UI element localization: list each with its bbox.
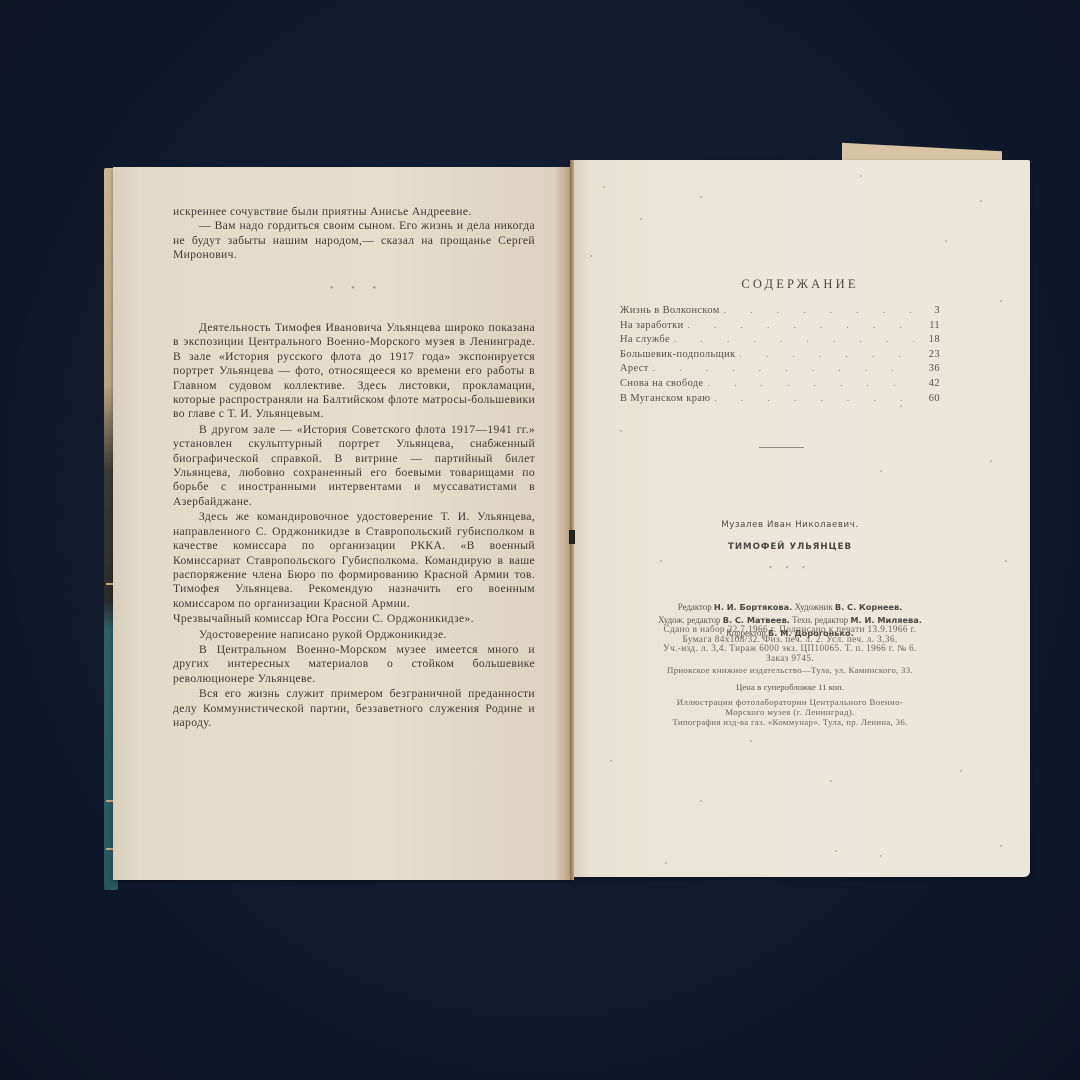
paragraph: — Вам надо гордиться своим сыном. Его жи… <box>173 219 535 262</box>
left-page-main-text: Деятельность Тимофея Ивановича Ульянцева… <box>173 321 535 731</box>
printer: Типография изд-ва газ. «Коммунар». Тула,… <box>600 717 980 727</box>
toc-item-title: На службе <box>620 334 674 345</box>
toc-item-page: 18 <box>918 334 940 345</box>
toc-heading: СОДЕРЖАНИЕ <box>600 277 1000 292</box>
section-separator: * * * <box>330 285 384 293</box>
toc-leader: . . . . . . . . . . . . . . . . . . . . <box>674 334 918 344</box>
author-name: Музалев Иван Николаевич. <box>600 520 980 530</box>
paragraph: Чрезвычайный комиссар Юга России С. Ордж… <box>173 612 535 626</box>
toc-item-title: Большевик-подпольщик <box>620 349 739 360</box>
toc-item-page: 36 <box>918 363 940 374</box>
price: Цена в суперобложке 11 коп. <box>600 682 980 692</box>
artist-name: В. С. Корнеев. <box>835 602 902 612</box>
illustrations-line: Иллюстрации фотолаборатории Центрального… <box>600 697 980 707</box>
book-title: ТИМОФЕЙ УЛЬЯНЦЕВ <box>600 542 980 552</box>
open-book: искреннее сочувствие были приятны Анисье… <box>0 0 1080 1080</box>
publication-info: Сдано в набор 22.7.1966 г. Подписано к п… <box>600 625 980 663</box>
toc-item: В Муганском краю . . . . . . . . . . . .… <box>620 393 940 408</box>
paragraph: В другом зале — «История Советского флот… <box>173 423 535 509</box>
editor-label: Редактор <box>678 602 712 612</box>
toc-item: Арест . . . . . . . . . . . . . . . . . … <box>620 363 940 378</box>
pubinfo-line: Заказ 9745. <box>600 654 980 664</box>
section-separator: * * * <box>600 566 980 572</box>
toc-item: Большевик-подпольщик . . . . . . . . . .… <box>620 349 940 364</box>
editor-name: Н. И. Бортякова. <box>714 602 792 612</box>
illustrations-credit: Иллюстрации фотолаборатории Центрального… <box>600 697 980 717</box>
divider-rule <box>759 447 804 448</box>
paragraph: Здесь же командировочное удостоверение Т… <box>173 510 535 611</box>
toc-leader: . . . . . . . . . . . . . . . . . . . . <box>739 349 918 359</box>
toc-item-title: В Муганском краю <box>620 393 714 404</box>
toc-item: Снова на свободе . . . . . . . . . . . .… <box>620 378 940 393</box>
toc-item-title: Арест <box>620 363 653 374</box>
toc-leader: . . . . . . . . . . . . . . . . . . . . <box>714 393 918 403</box>
toc-item-title: Жизнь в Волконском <box>620 305 724 316</box>
left-page-top-text: искреннее сочувствие были приятны Анисье… <box>173 205 535 263</box>
toc-item-page: 23 <box>918 349 940 360</box>
paragraph: искреннее сочувствие были приятны Анисье… <box>173 205 535 219</box>
toc-item-page: 11 <box>918 320 940 331</box>
toc-item-page: 3 <box>918 305 940 316</box>
toc-item-title: На заработки <box>620 320 688 331</box>
paragraph: Деятельность Тимофея Ивановича Ульянцева… <box>173 321 535 422</box>
toc-leader: . . . . . . . . . . . . . . . . . . . . <box>653 363 918 373</box>
toc-item: На службе . . . . . . . . . . . . . . . … <box>620 334 940 349</box>
table-of-contents: Жизнь в Волконском . . . . . . . . . . .… <box>620 305 940 407</box>
toc-leader: . . . . . . . . . . . . . . . . . . . . <box>708 378 918 388</box>
toc-leader: . . . . . . . . . . . . . . . . . . . . <box>688 320 918 330</box>
publisher: Приокское книжное издательство—Тула, ул.… <box>600 665 980 675</box>
toc-item: На заработки . . . . . . . . . . . . . .… <box>620 320 940 335</box>
toc-item-page: 42 <box>918 378 940 389</box>
toc-item-page: 60 <box>918 393 940 404</box>
staple <box>569 530 575 544</box>
toc-leader: . . . . . . . . . . . . . . . . . . . . <box>724 305 918 315</box>
paragraph: В Центральном Военно-Морском музее имеет… <box>173 643 535 686</box>
paragraph: Вся его жизнь служит примером безграничн… <box>173 687 535 730</box>
toc-item-title: Снова на свободе <box>620 378 708 389</box>
illustrations-line: Морского музея (г. Ленинград). <box>600 707 980 717</box>
paragraph: Удостоверение написано рукой Орджоникидз… <box>173 628 535 642</box>
toc-item: Жизнь в Волконском . . . . . . . . . . .… <box>620 305 940 320</box>
book-gutter <box>570 160 574 880</box>
artist-label: Художник <box>794 602 832 612</box>
